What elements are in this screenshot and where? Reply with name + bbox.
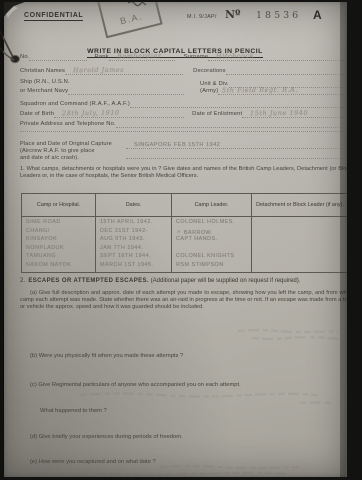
- row-squadron: Squadron and Command (R.A.F., A.A.F.): [20, 99, 354, 108]
- christian-names-field: Harold James: [65, 66, 183, 75]
- unit-field: 5th Field Regt. R.A.: [218, 86, 354, 95]
- ruled-line: [126, 150, 354, 159]
- copy-letter: A: [313, 8, 322, 22]
- camps-table-header: Camp or Hospital. Dates. Camp Leader. De…: [22, 194, 349, 217]
- question-2a: (a) Give full description and approx. da…: [20, 290, 354, 311]
- ship-label-line1: Ship (R.N., U.S.N.: [20, 79, 70, 86]
- capture-value: SINGAPORE FEB 15TH 1942: [134, 142, 220, 148]
- dob-field: 28th July, 1910: [54, 109, 184, 118]
- dates-column: 15TH APRIL 1942. DEC 31ST 1942- AUG 9TH …: [96, 217, 172, 272]
- pow-questionnaire-scan: CONFIDENTIAL B.A. M.I. 9/JAP/ Nº 18536 A…: [0, 0, 362, 480]
- dob-label: Date of Birth: [20, 111, 54, 118]
- confidential-stamp: CONFIDENTIAL: [24, 12, 83, 21]
- ship-field: [68, 86, 184, 95]
- date-entry: 15TH APRIL 1942.: [100, 219, 171, 228]
- capture-label-line2: (Aircrew R.A.F. to give place: [20, 148, 95, 155]
- camp-entry: CHANGI: [26, 228, 95, 237]
- col-header-leader: Camp Leader.: [172, 194, 252, 216]
- camp-entry: SIME ROAD: [26, 219, 95, 228]
- decorations-field: [226, 66, 354, 75]
- date-entry: DEC 31ST 1942-: [100, 228, 171, 237]
- date-entry: AUG 9TH 1943.: [100, 236, 171, 245]
- col-header-camp: Camp or Hospital.: [22, 194, 96, 216]
- ba-stamp-text: B.A.: [119, 11, 144, 26]
- christian-names-label: Christian Names: [20, 68, 65, 75]
- escapes-heading: ESCAPES OR ATTEMPTED ESCAPES.: [28, 278, 149, 284]
- detachment-entry: [256, 228, 348, 237]
- surname-field: Hitchcock: [208, 52, 354, 61]
- rank-label: Rank: [94, 54, 108, 61]
- capture-label-line1: Place and Date of Original Capture: [20, 141, 112, 148]
- detachment-entry: [256, 262, 348, 271]
- row-ship: or Merchant Navy: [20, 86, 184, 95]
- date-entry: MARCH 1ST 1945.: [100, 262, 171, 271]
- camp-entry: KINSAYOK: [26, 236, 95, 245]
- question-2b: (b) Were you physically fit when you mad…: [30, 353, 183, 359]
- detachment-entry: [256, 236, 348, 245]
- col-header-detachment: Detachment or Block Leader (if any).: [252, 194, 348, 216]
- ba-rubber-stamp: B.A.: [95, 0, 162, 38]
- leader-entry: COLONEL HOLMES.: [176, 219, 251, 228]
- squadron-label: Squadron and Command (R.A.F., A.A.F.): [20, 101, 130, 108]
- capture-field: SINGAPORE FEB 15TH 1942: [126, 140, 354, 149]
- leader-entry: COLONEL KNIGHTS: [176, 253, 251, 262]
- ship-label-line2: or Merchant Navy: [20, 88, 68, 95]
- detachment-entry: [256, 245, 348, 254]
- question-2c-followup: What happened to them ?: [40, 408, 107, 414]
- leader-column: COLONEL HOLMES. 〃 BARROW. CAPT HANDS. CO…: [172, 217, 252, 272]
- camps-table: Camp or Hospital. Dates. Camp Leader. De…: [21, 193, 350, 273]
- leader-entry: CAPT HANDS.: [176, 236, 251, 245]
- detachment-column: [252, 217, 348, 272]
- question-2d: (d) Give briefly your experiences during…: [30, 434, 183, 440]
- detachment-entry: [256, 253, 348, 262]
- no-field: [29, 52, 87, 61]
- leader-entry: 〃 BARROW.: [176, 228, 251, 237]
- capture-label-line3: and date of a/c crash).: [20, 155, 79, 162]
- unit-label-line2: (Army): [200, 88, 218, 95]
- number-label: Nº: [225, 8, 241, 21]
- decorations-label: Decorations: [193, 68, 226, 75]
- camp-entry: TAMUANG: [26, 253, 95, 262]
- questionnaire-paper: CONFIDENTIAL B.A. M.I. 9/JAP/ Nº 18536 A…: [4, 2, 347, 477]
- camp-entry: NAKOM NAYOK: [26, 262, 95, 271]
- ruled-line: [20, 123, 354, 132]
- enlistment-field: 15th June 1940: [242, 109, 354, 118]
- col-header-dates: Dates.: [96, 194, 172, 216]
- question-2c: (c) Give Regimental particulars of anyon…: [30, 382, 241, 388]
- rank-field: Bombardier: [109, 52, 175, 61]
- row-unit2: (Army) 5th Field Regt. R.A.: [200, 86, 354, 95]
- row-no-rank-surname: No. Rank Bombardier Surname Hitchcock: [20, 52, 354, 61]
- leader-entry: RSM STIMPSON: [176, 262, 251, 271]
- no-label: No.: [20, 54, 29, 61]
- question-2-heading: 2. ESCAPES OR ATTEMPTED ESCAPES. (Additi…: [20, 278, 300, 284]
- serial-number: 18536: [256, 10, 301, 21]
- camps-table-body: SIME ROAD CHANGI KINSAYOK NONPLADUK TAMU…: [22, 217, 349, 272]
- escapes-heading-note: (Additional paper will be supplied on re…: [149, 278, 300, 284]
- scan-edge-left: [0, 0, 3, 480]
- question-1-text: 1. What camps, detachments or hospitals …: [20, 166, 354, 180]
- question-2e: (e) How were you recaptured and on what …: [30, 459, 156, 465]
- camp-column: SIME ROAD CHANGI KINSAYOK NONPLADUK TAMU…: [22, 217, 96, 272]
- row-dates: Date of Birth 28th July, 1910 Date of En…: [20, 109, 354, 118]
- detachment-entry: [256, 219, 348, 228]
- date-entry: SEPT 16TH 1944.: [100, 253, 171, 262]
- row-names-decorations: Christian Names Harold James Decorations: [20, 66, 354, 75]
- form-reference: M.I. 9/JAP/: [187, 14, 217, 20]
- squadron-field: [130, 99, 354, 108]
- enlistment-label: Date of Enlistment: [192, 111, 242, 118]
- surname-label: Surname: [184, 54, 209, 61]
